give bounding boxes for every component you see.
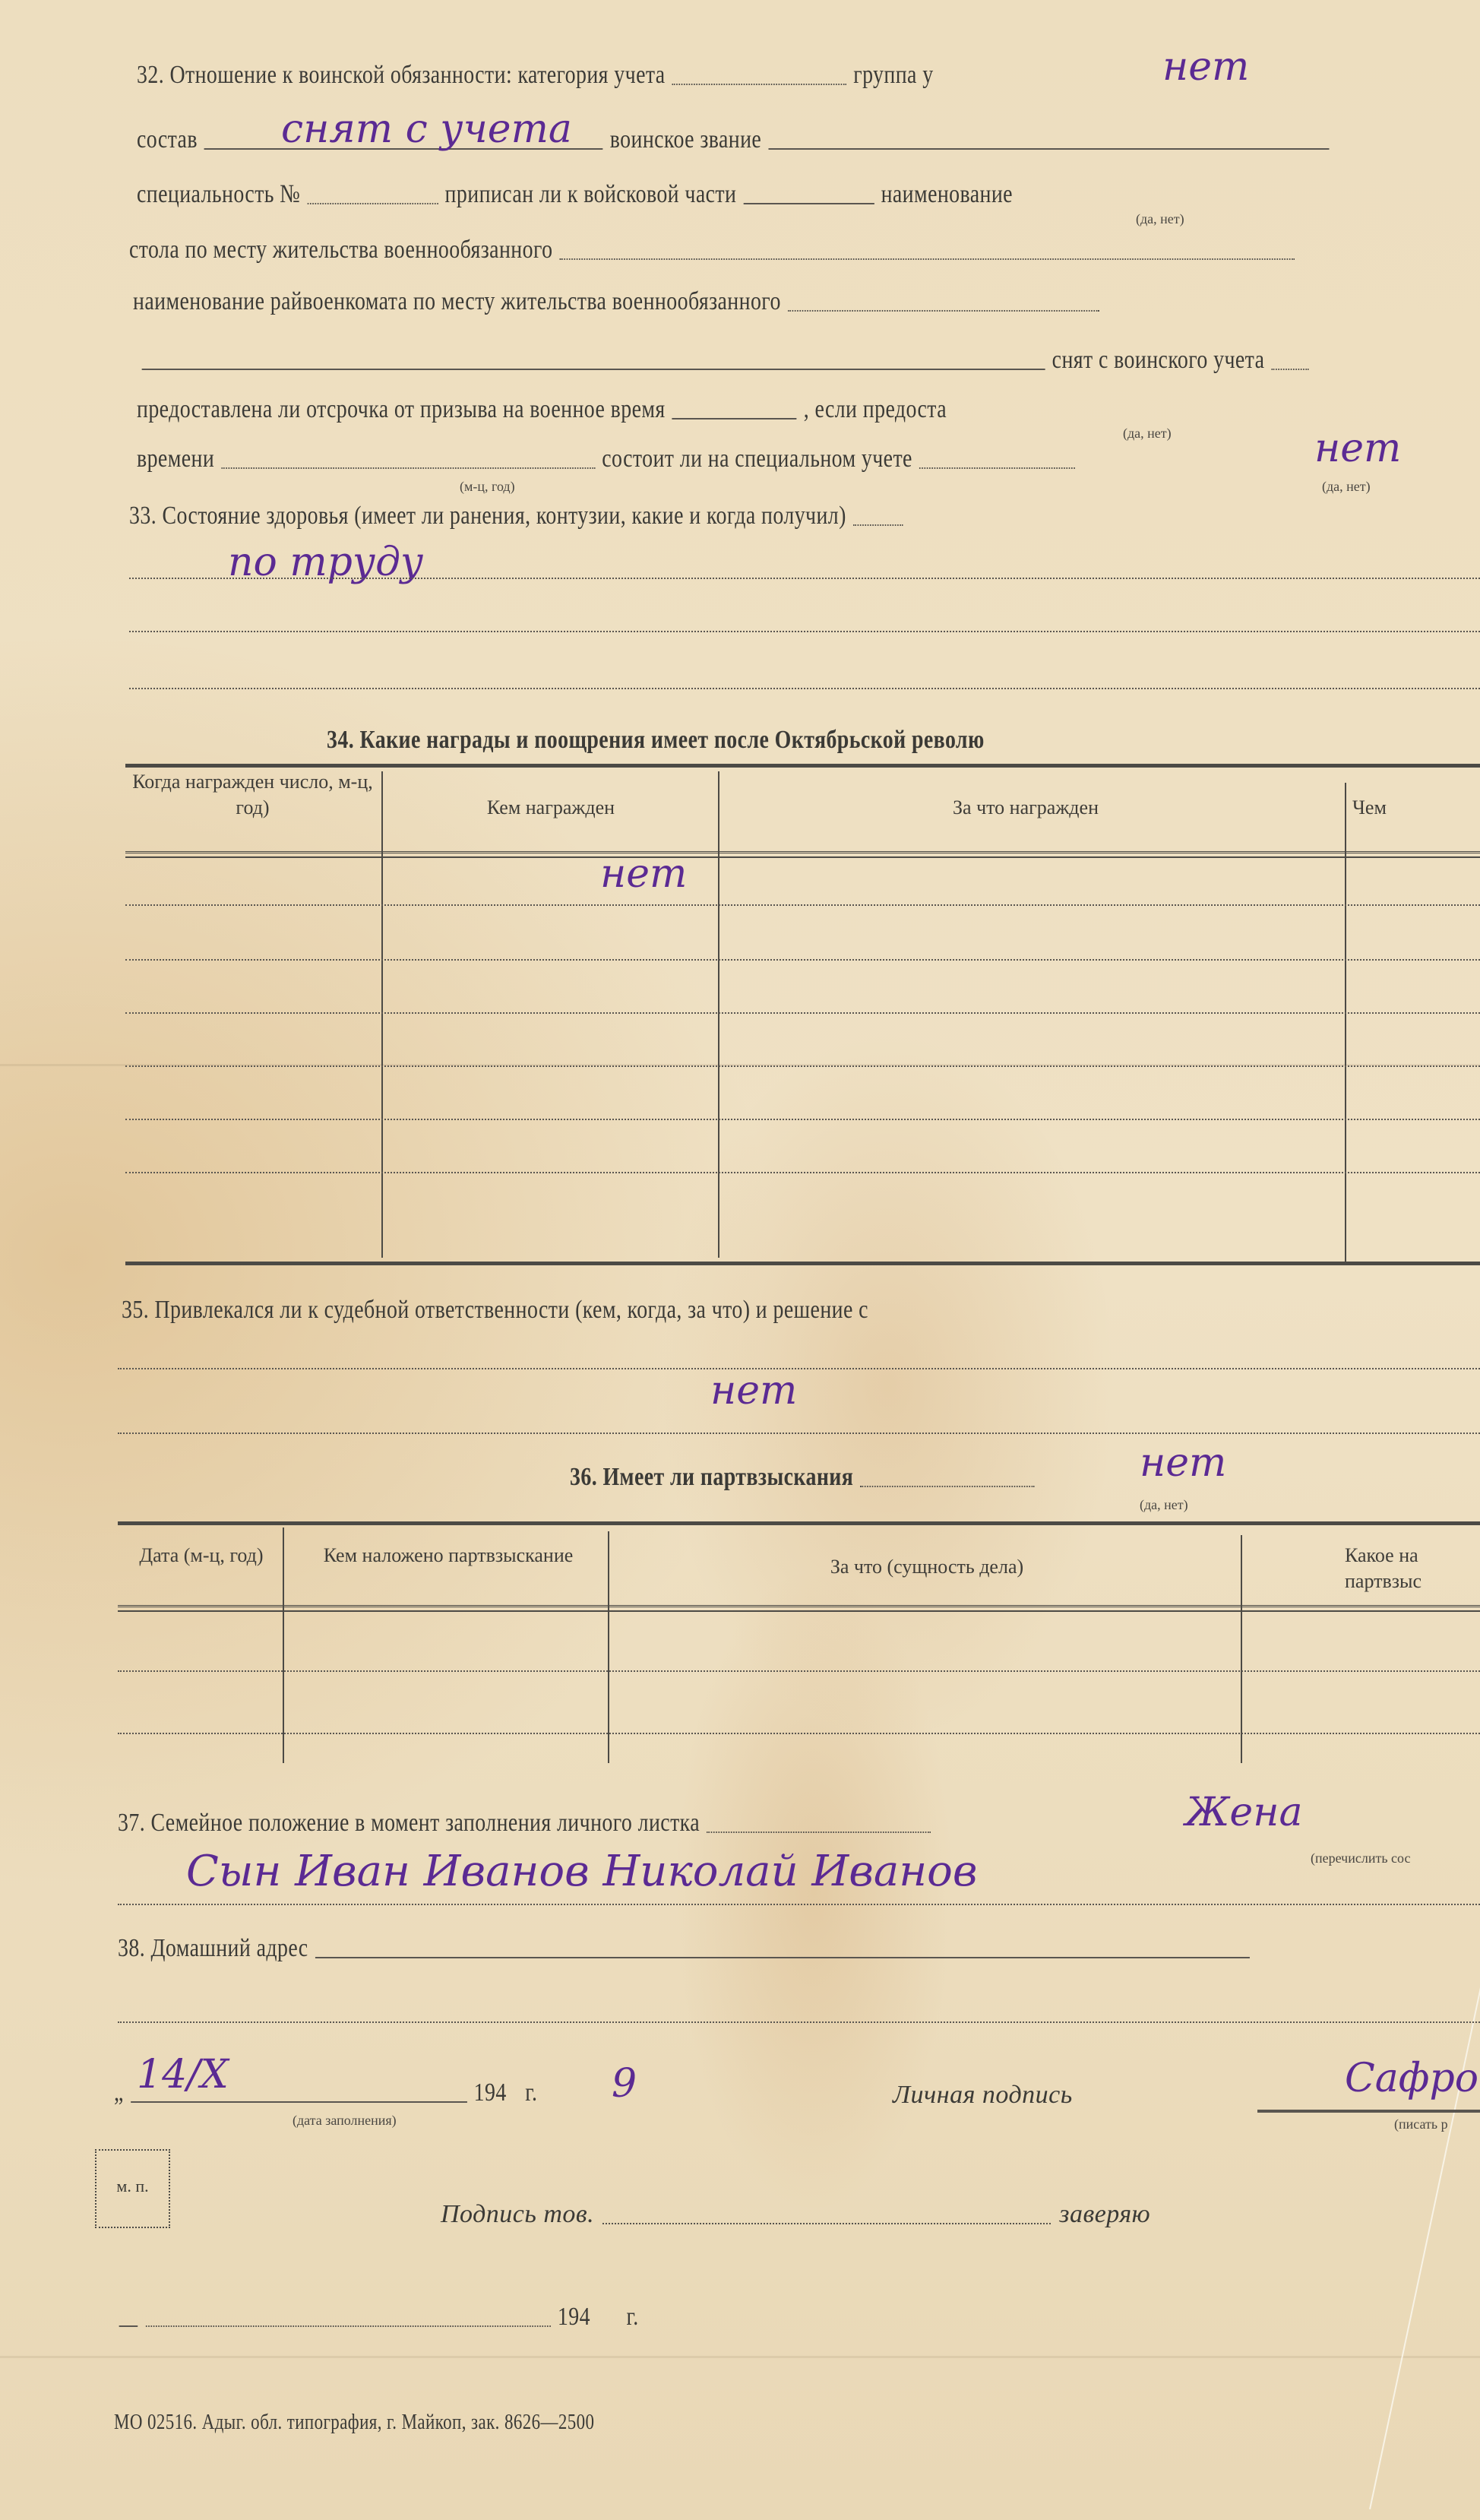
signature-field[interactable] (1257, 2110, 1480, 2113)
col-award-what: Чем (1352, 795, 1480, 821)
table34-row (125, 959, 1480, 961)
signature-hint: (писать р (1394, 2116, 1448, 2132)
q37-label: 37. Семейное положение в момент заполнен… (118, 1809, 700, 1837)
stamp-box: м. п. (95, 2149, 170, 2228)
court-value: нет (710, 1368, 797, 1414)
day-field[interactable] (119, 2325, 138, 2327)
category-value: нет (1162, 44, 1249, 90)
deferment-field[interactable] (672, 417, 797, 419)
stamp-label: м. п. (96, 2177, 169, 2196)
second-date-year: 194 (558, 2303, 590, 2331)
family-field[interactable] (707, 1831, 931, 1833)
date-quote: „ (114, 2078, 124, 2107)
q33-line: 33. Состояние здоровья (имеет ли ранения… (129, 502, 904, 530)
health-line-2 (129, 578, 1480, 579)
table34-row (125, 904, 1480, 906)
table36-row (118, 1733, 1480, 1734)
specialty-field[interactable] (307, 202, 438, 204)
q32-label: 32. Отношение к воинской обязанности: ка… (137, 61, 666, 89)
district-field-cont[interactable] (142, 368, 1045, 370)
family-hint: (перечислить сос (1311, 1850, 1410, 1866)
table36-row (118, 1670, 1480, 1672)
paper-crease (0, 2356, 1480, 2358)
special-hint: (да, нет) (1322, 479, 1371, 495)
q32-line5: наименование райвоенкомата по месту жите… (133, 287, 1100, 316)
date-hint: (дата заполнения) (293, 2113, 397, 2129)
special-label: состоит ли на специальном учете (602, 445, 912, 473)
table34-row (125, 1065, 1480, 1067)
table34-col-divider (1345, 783, 1346, 1262)
penalty-hint: (да, нет) (1140, 1497, 1188, 1513)
family-line-2 (118, 1904, 1480, 1905)
printer-line: МО 02516. Адыг. обл. типография, г. Майк… (114, 2411, 594, 2435)
col-reason: За что (сущность дела) (615, 1554, 1238, 1580)
assigned-label: приписан ли к войсковой части (445, 180, 737, 208)
table34-row (125, 1012, 1480, 1014)
assigned-field[interactable] (743, 202, 874, 204)
rank-label: воинское звание (610, 125, 761, 154)
health-field[interactable] (853, 524, 903, 526)
year-value: 9 (612, 2061, 637, 2107)
q32-line1: 32. Отношение к воинской обязанности: ка… (137, 61, 934, 90)
q36-line: 36. Имеет ли партвзыскания (570, 1463, 1036, 1492)
col-when-awarded: Когда награжден число, м-ц, год) (125, 769, 380, 821)
removed-label: снят с воинского учета (1052, 346, 1265, 374)
certify-row: Подпись тов. заверяю (441, 2200, 1150, 2229)
removed-field[interactable] (1271, 368, 1308, 370)
time-label: времени (137, 445, 214, 473)
table34-col-divider (381, 771, 383, 1258)
col-date: Дата (м-ц, год) (118, 1543, 285, 1569)
second-date-suffix: г. (627, 2303, 639, 2331)
fill-date-value: 14/X (137, 2052, 229, 2097)
col-awarded-by: Кем награжден (384, 795, 718, 821)
penalty-value: нет (1140, 1440, 1226, 1486)
time-field[interactable] (221, 467, 595, 469)
signature-label: Личная подпись (893, 2081, 1073, 2110)
year-prefix: 194 (474, 2078, 507, 2107)
second-date-row: 194 г. (118, 2303, 639, 2332)
health-line-4 (129, 688, 1480, 689)
table34-col-divider (718, 771, 719, 1258)
health-line-3 (129, 631, 1480, 632)
col-penalty-type: Какое на партвзыс (1345, 1543, 1480, 1594)
if-granted-label: , если предоста (804, 395, 947, 423)
table34-top-border (125, 764, 1480, 768)
special-field[interactable] (919, 467, 1075, 469)
q35-label: 35. Привлекался ли к судебной ответствен… (122, 1296, 868, 1325)
table36-col-divider (608, 1531, 609, 1763)
family-value-2: Сын Иван Иванов Николай Иванов (186, 1847, 977, 1896)
group-label: группа у (853, 61, 933, 89)
family-value-1: Жена (1185, 1790, 1302, 1835)
time-hint: (м-ц, год) (460, 479, 515, 495)
district-label: наименование райвоенкомата по месту жите… (133, 287, 781, 315)
table36-col-divider (1241, 1535, 1242, 1763)
paper-tear (1369, 1952, 1480, 2509)
rank-field[interactable] (768, 147, 1329, 150)
table34-row (125, 1172, 1480, 1173)
certifier-field[interactable] (602, 2222, 1051, 2224)
q32-line6: снят с воинского учета (141, 346, 1310, 375)
table36-top-border (118, 1521, 1480, 1525)
second-date-field[interactable] (146, 2325, 551, 2327)
name-label: наименование (881, 180, 1013, 208)
sostav-label: состав (137, 125, 198, 154)
q32-line7: предоставлена ли отсрочка от призыва на … (137, 395, 947, 424)
table34-bottom-border (125, 1262, 1480, 1265)
certify-label: Подпись тов. (441, 2200, 594, 2228)
desk-label: стола по месту жительства военнообязанно… (129, 236, 552, 264)
q32-line4: стола по месту жительства военнообязанно… (129, 236, 1296, 264)
q32-line8: времени состоит ли на специальном учете (137, 445, 1077, 473)
table36-header-border (118, 1605, 1480, 1612)
category-field[interactable] (672, 83, 847, 85)
signature-value: Сафро (1345, 2056, 1478, 2101)
special-value: нет (1314, 426, 1401, 471)
col-awarded-for: За что награжден (722, 795, 1330, 821)
q38-line: 38. Домашний адрес (118, 1934, 1251, 1963)
q37-line: 37. Семейное положение в момент заполнен… (118, 1809, 932, 1838)
table34-header-border (125, 851, 1480, 858)
awards-value: нет (600, 851, 687, 897)
assigned-hint: (да, нет) (1136, 211, 1184, 227)
q32-line3: специальность № приписан ли к войсковой … (137, 180, 1013, 209)
q33-label: 33. Состояние здоровья (имеет ли ранения… (129, 502, 846, 530)
table34-row (125, 1119, 1480, 1120)
col-imposed-by: Кем наложено партвзыскание (289, 1543, 608, 1569)
address-line-2 (118, 2021, 1480, 2023)
q35-line-1 (118, 1368, 1480, 1369)
deferment-hint: (да, нет) (1123, 426, 1172, 442)
q34-title: 34. Какие награды и поощрения имеет посл… (327, 726, 985, 755)
penalty-field[interactable] (860, 1485, 1035, 1487)
table36-col-divider (283, 1528, 284, 1763)
sostav-value: снят с учета (281, 106, 572, 152)
certify-suffix: заверяю (1059, 2200, 1150, 2228)
q38-label: 38. Домашний адрес (118, 1934, 308, 1962)
district-field[interactable] (788, 309, 1099, 312)
q35-line-2 (118, 1433, 1480, 1434)
desk-field[interactable] (559, 258, 1295, 260)
year-suffix: г. (525, 2078, 537, 2107)
fill-date-field[interactable] (131, 2101, 467, 2103)
address-field[interactable] (315, 1956, 1250, 1958)
specialty-label: специальность № (137, 180, 300, 208)
q36-label: 36. Имеет ли партвзыскания (570, 1463, 853, 1491)
deferment-label: предоставлена ли отсрочка от призыва на … (137, 395, 666, 423)
